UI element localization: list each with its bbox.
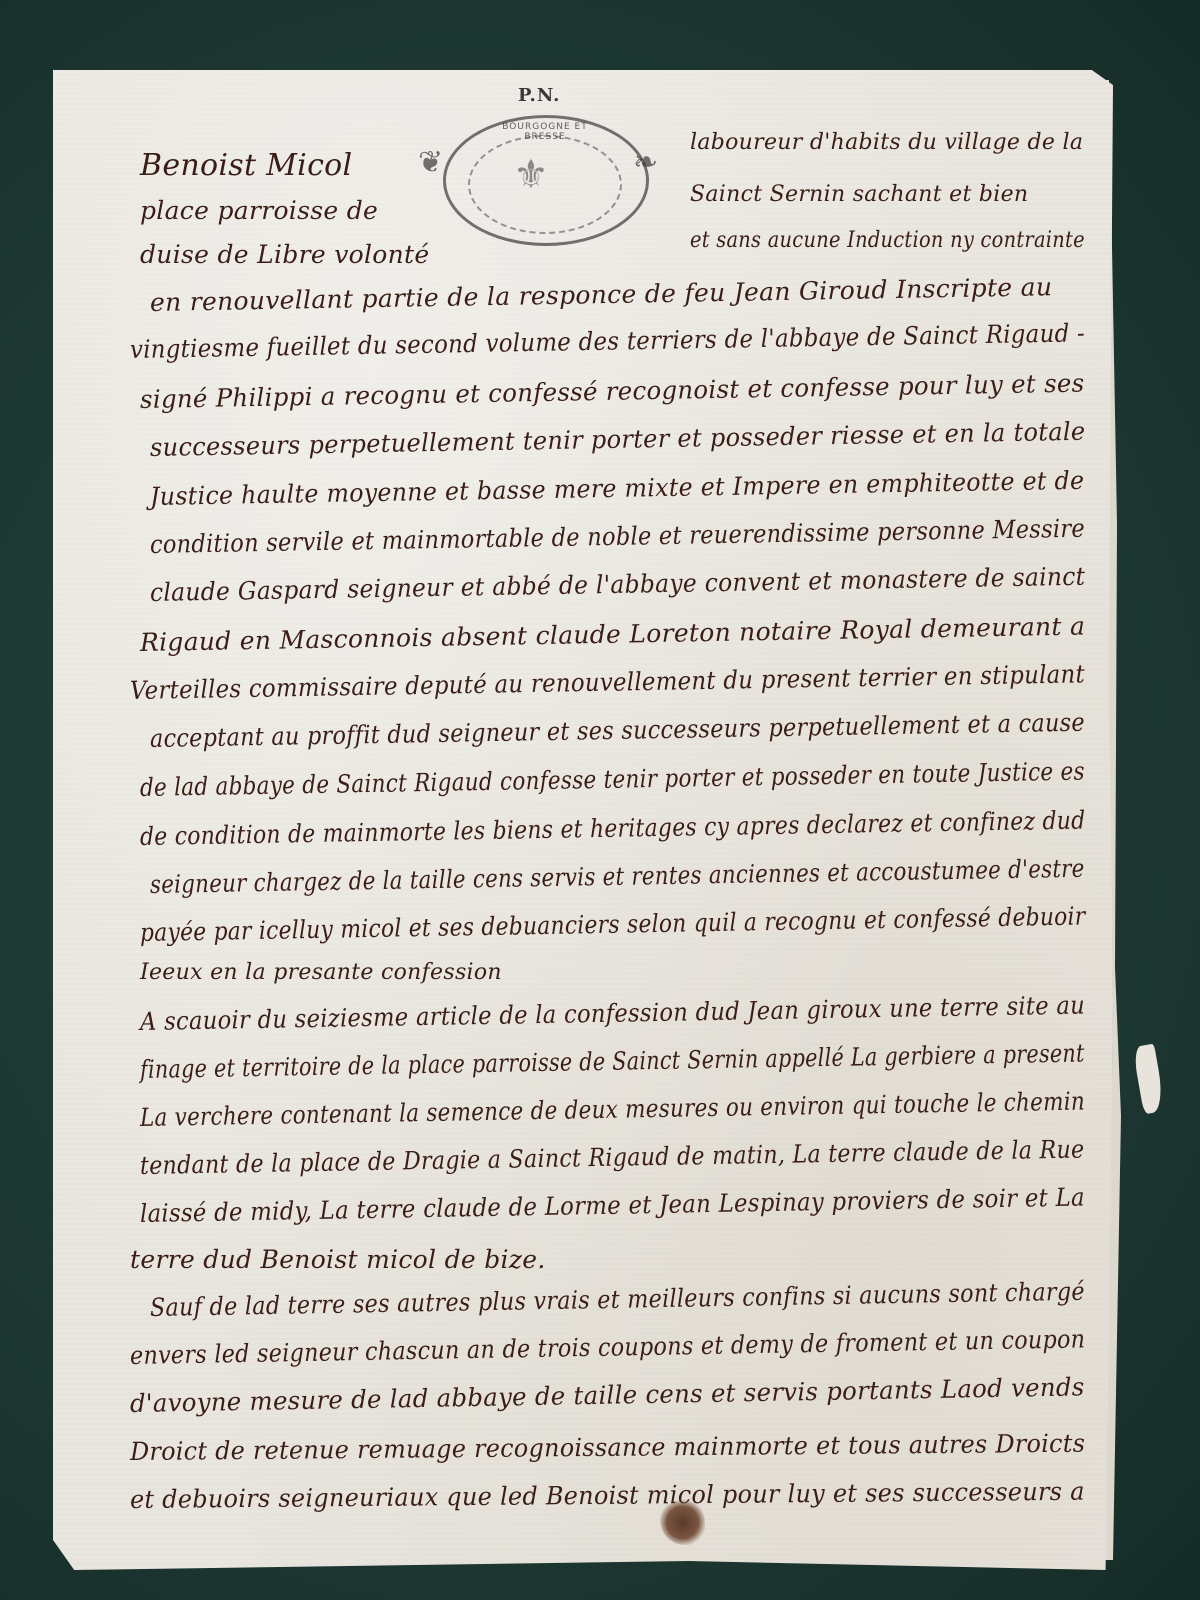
stamp-legend: BOURGOGNE ET BRESSE xyxy=(480,122,610,142)
header-right-line: laboureur d'habits du village de la xyxy=(690,130,1083,155)
header-left-line: duise de Libre volonté xyxy=(140,240,429,269)
text-line: Ieeux en la presante confession xyxy=(140,960,502,985)
paper-flap xyxy=(1132,1044,1165,1115)
header-left-line: place parroisse de xyxy=(140,196,378,225)
tax-stamp: P.N. ❦ BOURGOGNE ET BRESSE ⚜ ❧ xyxy=(418,100,668,250)
scroll-ornament-icon: ❦ xyxy=(418,145,443,180)
stamp-initials: P.N. xyxy=(518,85,560,106)
scroll-ornament-icon: ❧ xyxy=(633,145,658,180)
header-left-line: Benoist Micol xyxy=(140,148,352,183)
fleur-de-lis-icon: ⚜ xyxy=(513,152,549,198)
header-right-line: et sans aucune Induction ny contrainte xyxy=(690,228,1085,253)
header-right-line: Sainct Sernin sachant et bien xyxy=(690,182,1028,207)
text-line: terre dud Benoist micol de bize. xyxy=(130,1245,546,1274)
